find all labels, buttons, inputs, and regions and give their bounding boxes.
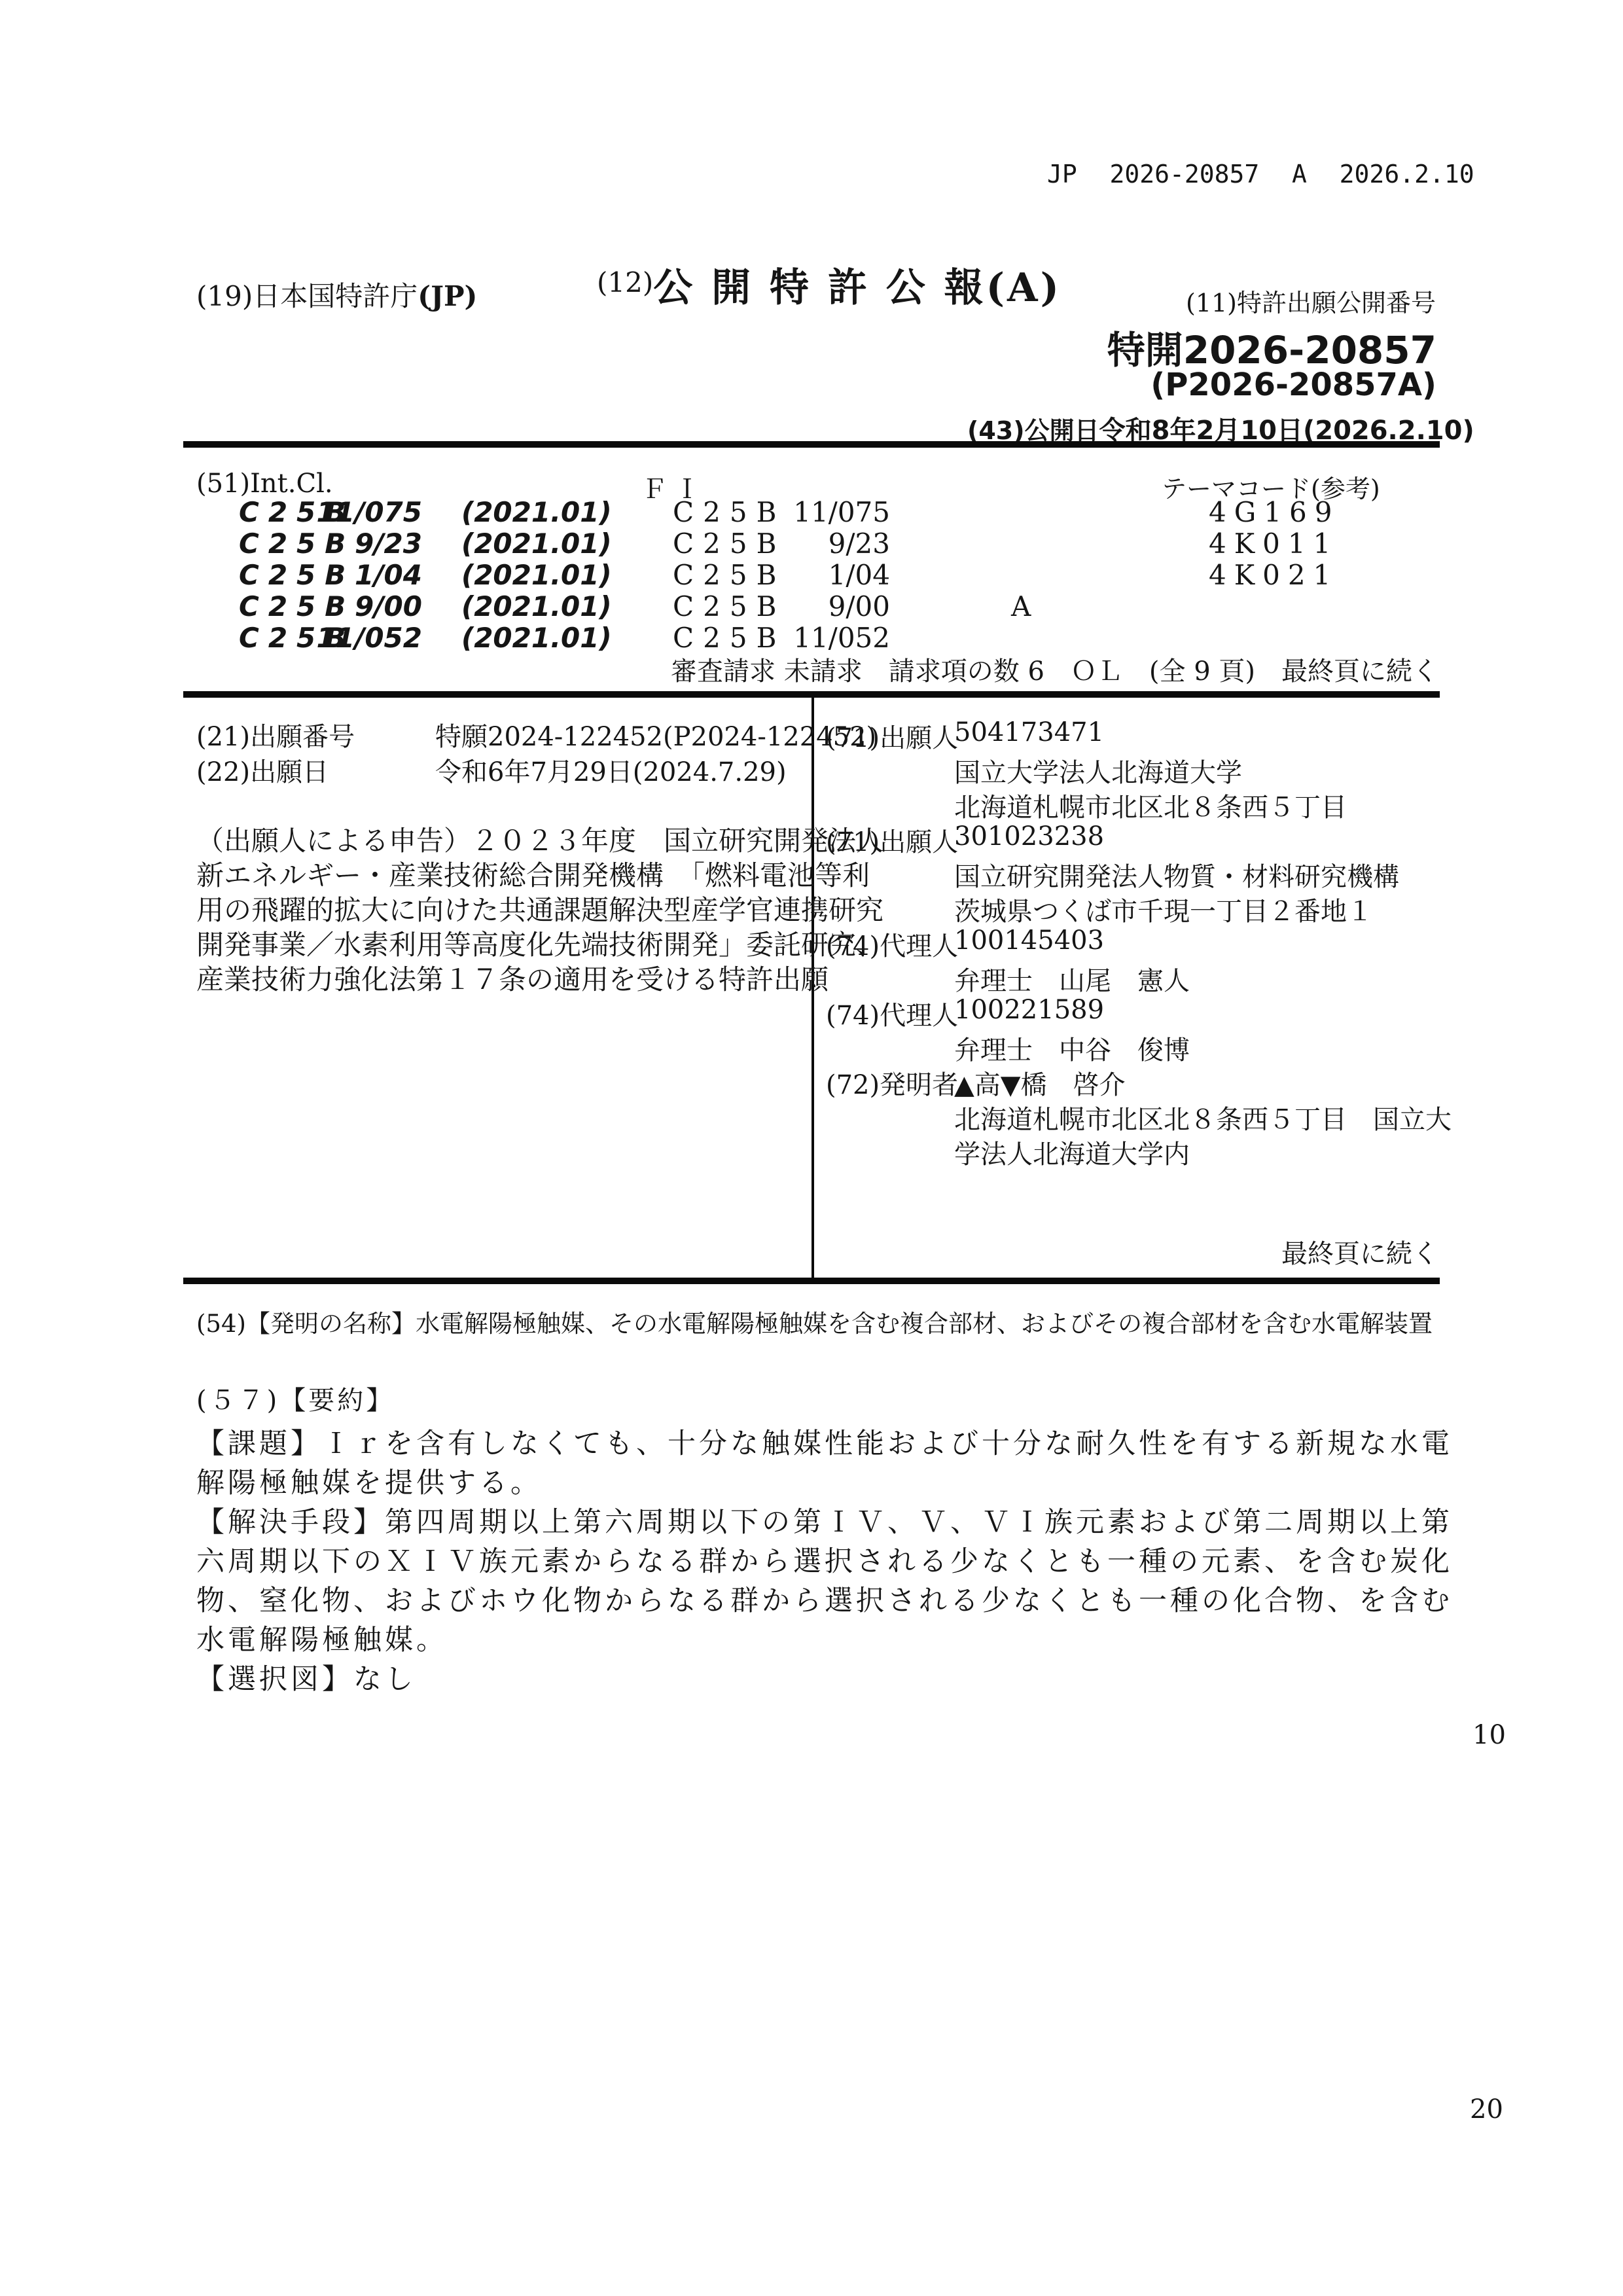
declaration-line: 開発事業／水素利用等高度化先端技術開発」委託研究、 [196,924,883,963]
document-id-header: JP 2026-20857 A 2026.2.10 [1047,160,1474,188]
intcl-version: (2021.01) [461,496,612,528]
fi-subclass: 11/052 [753,622,890,654]
party-line: 北海道札幌市北区北８条西５丁目 [954,787,1347,824]
invention-title-line: (54)【発明の名称】水電解陽極触媒、その水電解陽極触媒を含む複合部材、およびそ… [196,1304,1433,1339]
publication-number-paren: (P2026-20857A) [982,367,1436,403]
biblio-box-bottom-rule [183,1278,1440,1284]
party-line: 国立大学法人北海道大学 [954,752,1242,789]
party-line: 茨城県つくば市千現一丁目２番地１ [954,891,1373,928]
application-date-value: 令和6年7月29日(2024.7.29) [435,751,787,789]
party-label: (74)代理人 [826,925,958,963]
intcl-subclass: 11/075 [308,496,422,528]
doc-type-prefix: (12) [597,266,653,298]
party-label: (74)代理人 [826,995,958,1032]
party-line: ▲高▼橋 啓介 [954,1064,1126,1102]
intcl-subclass: 11/052 [308,622,422,654]
intcl-subclass: 9/23 [308,528,422,560]
theme-code: 4K021 [1209,559,1338,591]
intcl-subclass: 9/00 [308,590,422,622]
abstract-line: 【課題】Ｉｒを含有しなくても、十分な触媒性能および十分な耐久性を有する新規な水電 [196,1422,1453,1462]
classification-row: C25B 1/04 (2021.01) C25B 1/04 4K021 [183,559,1440,590]
classification-row: C25B 9/00 (2021.01) C25B 9/00 A [183,590,1440,622]
application-number-value: 特願2024-122452(P2024-122452) [435,716,876,753]
party-line: 弁理士 中谷 俊博 [954,1030,1190,1067]
application-number-label: (21)出願番号 [196,716,355,753]
abstract-line: 物、窒化物、およびホウ化物からなる群から選択される少なくとも一種の化合物、を含む [196,1579,1453,1619]
party-line: 学法人北海道大学内 [954,1134,1190,1171]
theme-code: 4K011 [1209,528,1338,560]
classification-row: C25B 9/23 (2021.01) C25B 9/23 4K011 [183,528,1440,559]
continued-on-last-page-note: 最終頁に続く [1113,1233,1438,1270]
intcl-label: (51)Int.Cl. [196,469,333,499]
examination-request-line: 審査請求 未請求 請求項の数 6 ＯＬ (全 9 頁) 最終頁に続く [654,651,1438,688]
intcl-version: (2021.01) [461,528,612,560]
margin-line-marker-10: 10 [1472,1720,1506,1750]
classification-row: C25B 11/052 (2021.01) C25B 11/052 [183,622,1440,653]
patent-office-code: (JP) [418,280,477,312]
fi-suffix: A [1011,590,1031,622]
declaration-line: 用の飛躍的拡大に向けた共通課題解決型産学官連携研究 [196,889,883,928]
patent-office-line: (19)日本国特許庁(JP) [196,275,477,314]
patent-office-label: (19)日本国特許庁 [196,280,418,312]
party-line: 100145403 [954,925,1104,956]
intcl-subclass: 1/04 [308,559,422,591]
declaration-line: 新エネルギー・産業技術総合開発機構 「燃料電池等利 [196,854,870,893]
doc-type-line: (12)公 開 特 許 公 報(A) [597,257,1061,313]
abstract-line: 【選択図】なし [196,1657,416,1697]
abstract-line: 【解決手段】第四周期以上第六周期以下の第ＩＶ、Ｖ、ＶＩ族元素および第二周期以上第 [196,1500,1453,1540]
declaration-line: （出願人による申告）２０２３年度 国立研究開発法人 [196,819,883,859]
party-line: 北海道札幌市北区北８条西５丁目 国立大 [954,1099,1452,1136]
intcl-version: (2021.01) [461,622,612,654]
fi-subclass: 9/00 [753,590,890,622]
party-line: 国立研究開発法人物質・材料研究機構 [954,856,1399,893]
margin-line-marker-20: 20 [1470,2094,1503,2125]
application-date-label: (22)出願日 [196,751,329,789]
doc-type-title: 公 開 特 許 公 報(A) [653,265,1061,311]
intcl-version: (2021.01) [461,590,612,622]
party-label: (72)発明者 [826,1064,958,1102]
party-line: 301023238 [954,821,1104,852]
theme-code: 4G169 [1209,496,1340,528]
classification-row: C25B 11/075 (2021.01) C25B 11/075 4G169 [183,496,1440,528]
publication-number-label: (11)特許出願公開番号 [1186,283,1436,319]
fi-subclass: 9/23 [753,528,890,560]
header-divider-rule [183,441,1440,448]
patent-gazette-page: JP 2026-20857 A 2026.2.10 (19)日本国特許庁(JP)… [0,0,1623,2296]
abstract-line: 六周期以下のＸＩＶ族元素からなる群から選択される少なくとも一種の元素、を含む炭化 [196,1539,1453,1579]
abstract-line: 解陽極触媒を提供する。 [196,1461,542,1501]
party-line: 弁理士 山尾 憲人 [954,960,1190,997]
abstract-header: (５７)【要約】 [196,1380,395,1417]
intcl-version: (2021.01) [461,559,612,591]
fi-subclass: 1/04 [753,559,890,591]
party-label: (71)出願人 [826,821,958,859]
declaration-line: 産業技術力強化法第１７条の適用を受ける特許出願 [196,958,829,997]
abstract-line: 水電解陽極触媒。 [196,1618,448,1658]
party-label: (71)出願人 [826,717,958,755]
party-line: 100221589 [954,995,1104,1025]
fi-subclass: 11/075 [753,496,890,528]
party-line: 504173471 [954,717,1104,747]
